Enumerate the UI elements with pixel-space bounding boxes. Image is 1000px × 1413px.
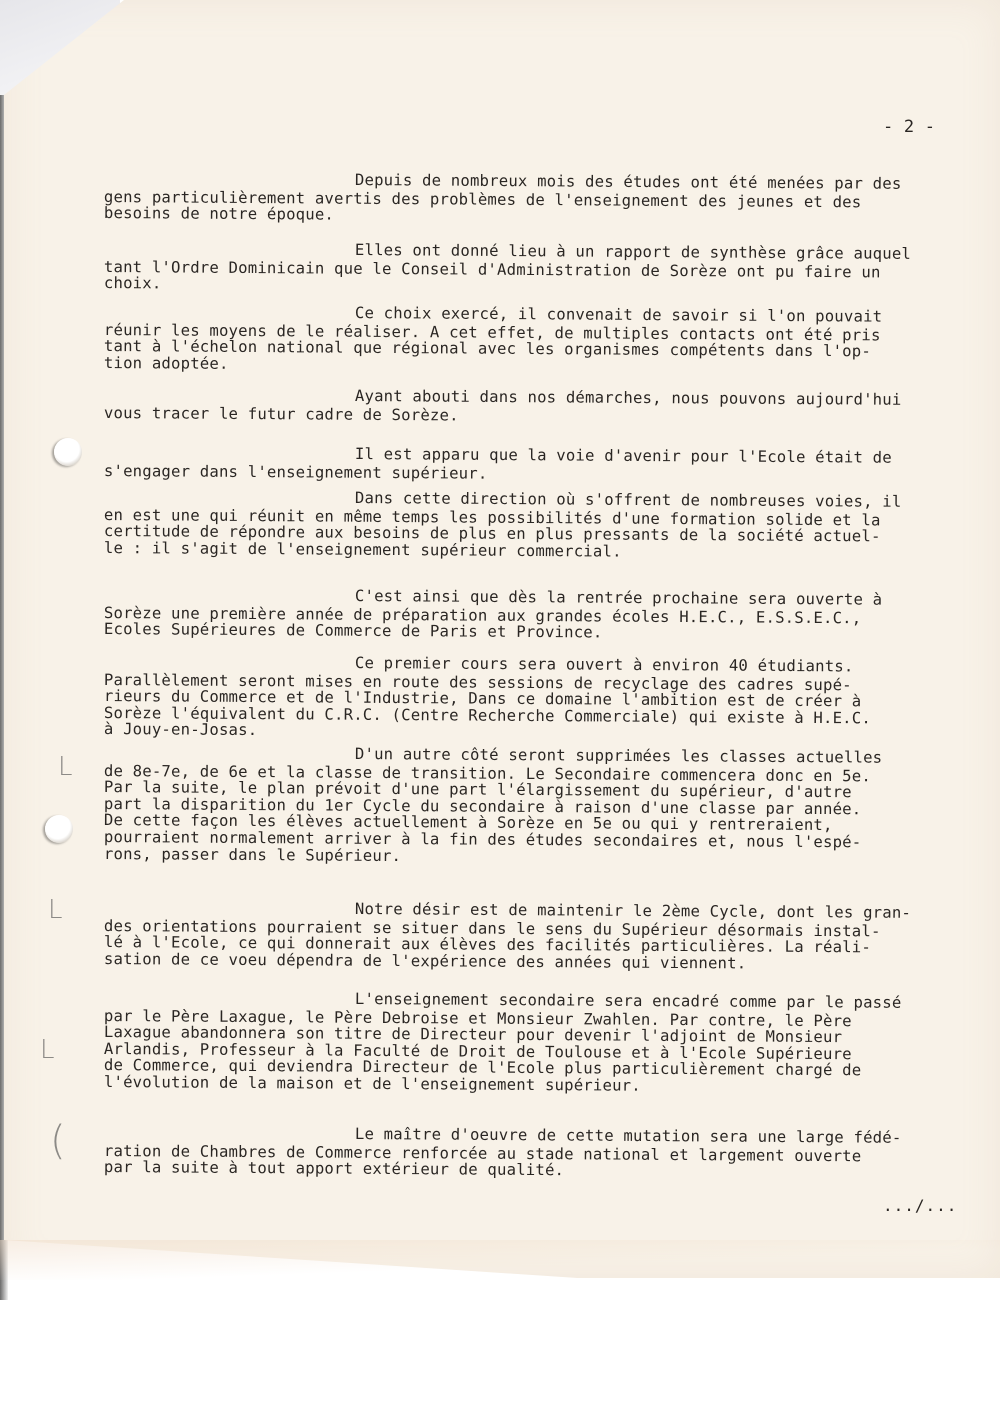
pencil-margin-mark: L	[48, 895, 63, 925]
pencil-margin-mark: L	[58, 752, 73, 782]
paragraph-line: s'engager dans l'enseignement supérieur.	[104, 463, 488, 483]
paragraph-line: le : il s'agit de l'enseignement supérie…	[104, 540, 622, 561]
paragraph-line: à Jouy-en-Josas.	[104, 721, 258, 739]
pencil-margin-mark: L	[40, 1035, 55, 1065]
paragraph-line: tion adoptée.	[104, 355, 229, 373]
paragraph-line: rons, passer dans le Supérieur.	[104, 846, 401, 865]
paragraph-line: besoins de notre époque.	[104, 205, 334, 224]
continuation-mark: .../...	[883, 1197, 957, 1214]
punch-hole-icon	[45, 815, 73, 843]
punch-hole-icon	[54, 438, 82, 466]
paragraph-line: vous tracer le futur cadre de Sorèze.	[104, 405, 459, 424]
pencil-margin-mark: (	[50, 1118, 66, 1164]
paragraph-line: par la suite à tout apport extérieur de …	[104, 1159, 564, 1179]
paragraph-line: choix.	[104, 275, 162, 292]
page-number: - 2 -	[883, 119, 935, 136]
paper-bottom-edge	[0, 1240, 1000, 1280]
